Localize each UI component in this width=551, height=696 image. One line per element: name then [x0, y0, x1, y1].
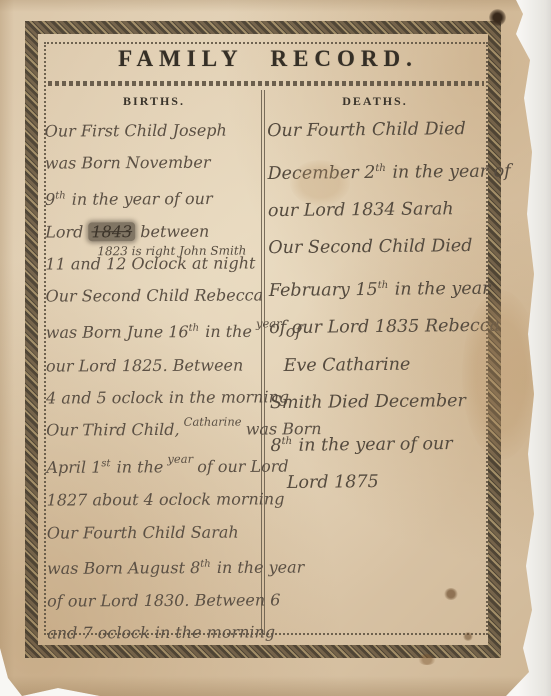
handwritten-line: was Born August 8th in the year [47, 549, 261, 586]
handwritten-line: our Lord 1825. Between [46, 349, 260, 383]
column-divider-rule [261, 90, 265, 633]
handwritten-line: was Born November [45, 147, 259, 181]
handwritten-line: 8th in the year of our [270, 420, 492, 465]
handwritten-line: Our First Child Joseph [45, 114, 259, 148]
handwritten-line: our Lord 1834 Sarah [268, 191, 490, 231]
handwritten-line: Our Third Child, Catharine was Born [46, 414, 260, 449]
handwritten-line: February 15th in the year [269, 266, 491, 311]
handwritten-line: Our Second Child Rebecca [45, 280, 259, 314]
scan-background: FAMILY RECORD. BIRTHS. DEATHS. Our First… [0, 0, 551, 696]
page-title: FAMILY RECORD. [48, 46, 488, 72]
handwritten-line: December 2th in the year of [267, 148, 489, 193]
handwritten-line: 11 and 12 Oclock at night [45, 247, 259, 281]
handwritten-line: Lord 1875 [287, 463, 493, 503]
handwritten-line: Smith Died December [270, 383, 492, 423]
deaths-column: Our Fourth Child DiedDecember 2th in the… [267, 111, 493, 503]
births-column-header: BIRTHS. [47, 94, 261, 109]
handwritten-line: Our Fourth Child Sarah [47, 516, 261, 550]
handwritten-line: Our Fourth Child Died [267, 111, 489, 151]
handwritten-line: Eve Catharine [283, 345, 491, 385]
handwritten-line: Lord 1843 between1823 is right John Smit… [45, 215, 259, 249]
handwritten-line: April 1st in the year of our Lord [46, 447, 260, 485]
family-record-page: FAMILY RECORD. BIRTHS. DEATHS. Our First… [0, 0, 551, 696]
deaths-column-header: DEATHS. [264, 94, 486, 109]
handwritten-line: of our Lord 1830. Between 6 [47, 584, 261, 618]
births-column: Our First Child Josephwas Born November9… [45, 114, 262, 650]
handwritten-line: Our Second Child Died [268, 228, 490, 268]
handwritten-line: of our Lord 1835 Rebecca [269, 308, 491, 348]
handwritten-line: and 7 oclock in the morning [47, 617, 261, 651]
handwritten-line: was Born June 16th in the year of [46, 312, 260, 350]
beaded-rule [48, 81, 484, 86]
handwritten-line: 9th in the year of our [45, 179, 259, 216]
handwritten-line: 1827 about 4 oclock morning [47, 484, 261, 518]
